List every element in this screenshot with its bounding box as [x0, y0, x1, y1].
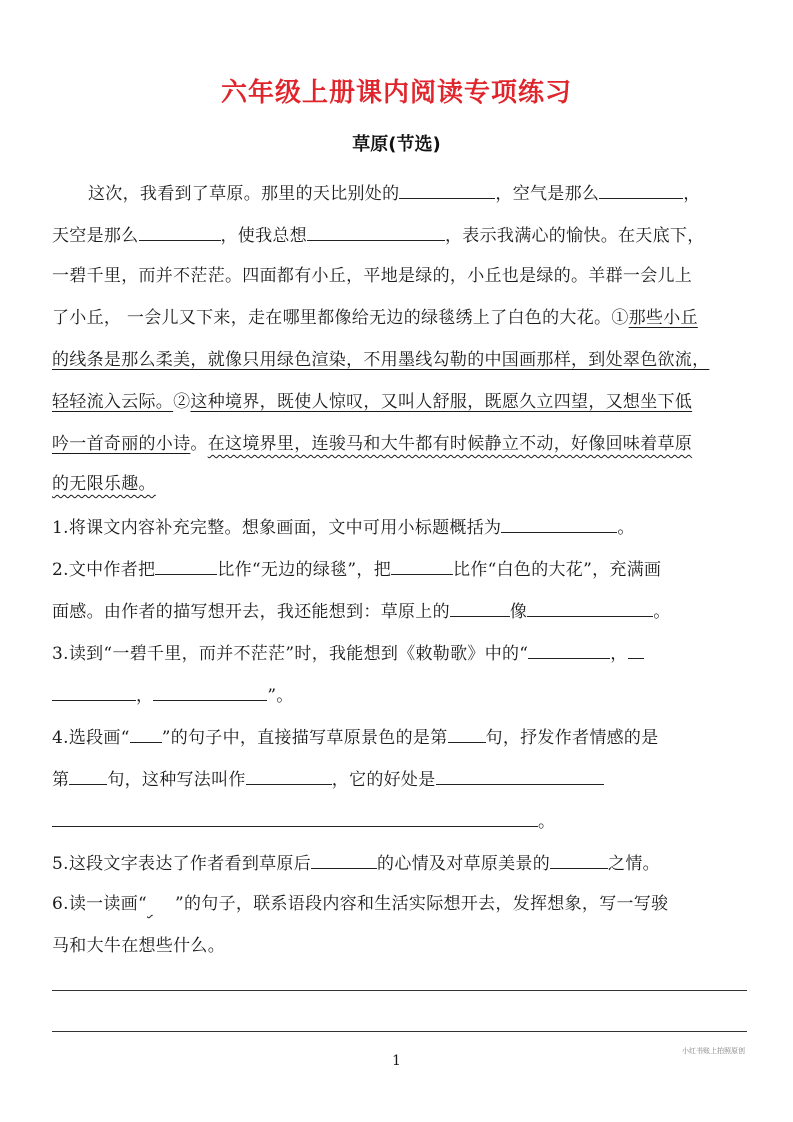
fill-blank[interactable]	[130, 724, 162, 743]
passage-line-6: 轻轻流入云际。②这种境界，既使人惊叹，又叫人舒服，既愿久立四望，又想坐下低	[52, 390, 747, 414]
fill-blank[interactable]	[52, 808, 538, 827]
passage-title: 草原(节选)	[0, 130, 793, 156]
fill-blank[interactable]	[550, 850, 608, 869]
page-title: 六年级上册课内阅读专项练习	[0, 72, 793, 109]
fill-blank[interactable]	[399, 180, 495, 199]
question-3-line-2: ，”。	[52, 682, 747, 708]
passage-line-5: 的线条是那么柔美，就像只用绿色渲染，不用墨线勾勒的中国画那样，到处翠色欲流，	[52, 348, 747, 372]
question-3-line-1: 3.读到“一碧千里，而并不茫茫”时，我能想到《敕勒歌》中的“，	[52, 640, 747, 666]
passage-line-1: 这次，我看到了草原。那里的天比别处的，空气是那么，	[52, 180, 747, 206]
fill-blank[interactable]	[436, 766, 604, 785]
fill-blank[interactable]	[246, 766, 332, 785]
passage-line-2: 天空是那么，使我总想，表示我满心的愉快。在天底下，	[52, 222, 747, 248]
fill-blank[interactable]	[391, 556, 453, 575]
fill-blank[interactable]	[139, 222, 221, 241]
question-6-line-2: 马和大牛在想些什么。	[52, 934, 747, 958]
sentence-marker-1: ①	[611, 308, 628, 328]
page-number: 1	[0, 1053, 793, 1069]
question-4-line-1: 4.选段画“”的句子中，直接描写草原景色的是第句，抒发作者情感的是	[52, 724, 747, 750]
question-2-line-2: 面感。由作者的描写想开去，我还能想到：草原上的像。	[52, 598, 747, 624]
fill-blank[interactable]	[450, 598, 510, 617]
answer-line-1[interactable]	[52, 990, 747, 991]
question-5: 5.这段文字表达了作者看到草原后的心情及对草原美景的之情。	[52, 850, 747, 876]
answer-line-2[interactable]	[52, 1031, 747, 1032]
fill-blank[interactable]	[311, 850, 377, 869]
question-6-line-1: 6.读一读画“ ”的句子，联系语段内容和生活实际想开去，发挥想象，写一写骏	[52, 892, 747, 916]
fill-blank[interactable]	[599, 180, 683, 199]
question-2-line-1: 2.文中作者把比作“无边的绿毯”，把比作“白色的大花”，充满画	[52, 556, 747, 582]
question-4-line-2: 第句，这种写法叫作，它的好处是	[52, 766, 747, 792]
question-1: 1.将课文内容补充完整。想象画面，文中可用小标题概括为。	[52, 514, 747, 540]
fill-blank[interactable]	[528, 640, 610, 659]
passage-line-4: 了小丘， 一会儿又下来，走在哪里都像给无边的绿毯绣上了白色的大花。①那些小丘	[52, 306, 747, 330]
fill-blank[interactable]	[501, 514, 617, 533]
fill-blank[interactable]	[69, 766, 107, 785]
fill-blank[interactable]	[628, 640, 644, 659]
passage-line-8: 的无限乐趣。	[52, 472, 747, 496]
fill-blank[interactable]	[52, 682, 136, 701]
fill-blank[interactable]	[153, 682, 267, 701]
passage-line-7: 吟一首奇丽的小诗。在这境界里，连骏马和大牛都有时候静立不动，好像回味着草原	[52, 432, 747, 456]
fill-blank[interactable]	[307, 222, 445, 241]
wavy-marker	[147, 892, 175, 916]
fill-blank[interactable]	[155, 556, 217, 575]
fill-blank[interactable]	[448, 724, 486, 743]
fill-blank[interactable]	[527, 598, 653, 617]
question-4-line-3: 。	[52, 808, 747, 834]
passage-line-3: 一碧千里，而并不茫茫。四面都有小丘，平地是绿的，小丘也是绿的。羊群一会儿上	[52, 264, 747, 288]
sentence-marker-2: ②	[173, 392, 190, 412]
